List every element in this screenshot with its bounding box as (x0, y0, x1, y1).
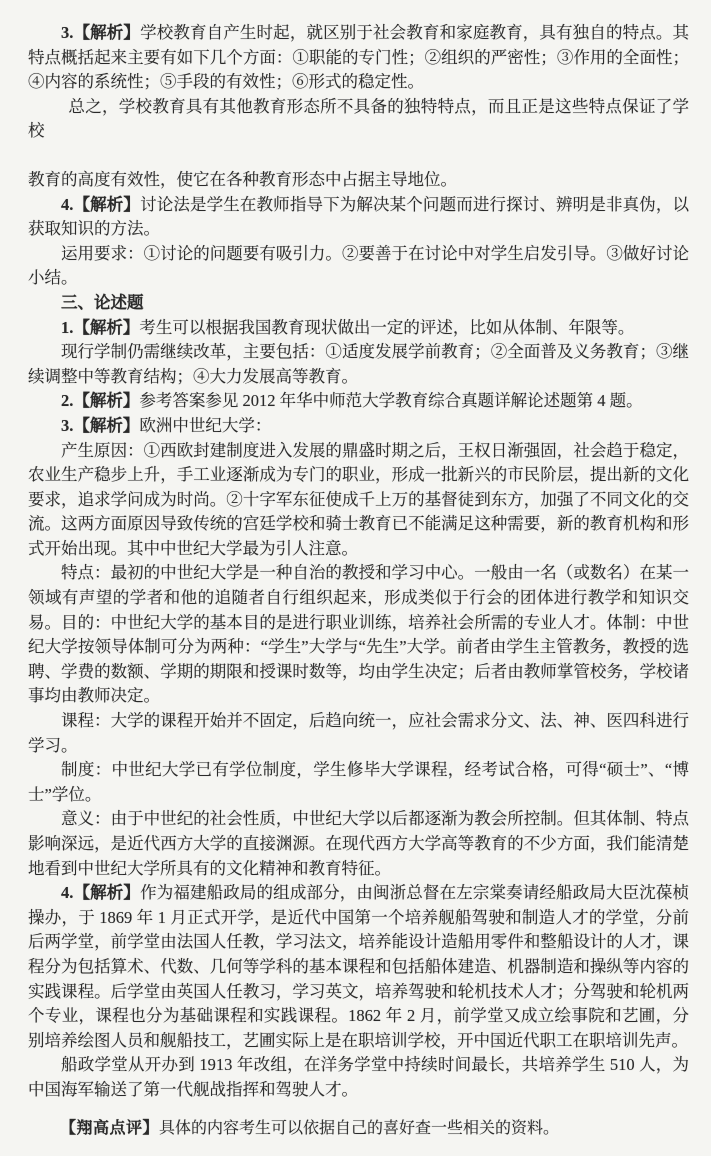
essay-analysis-2-reference: 2.【解析】参考答案参见 2012 年华中师范大学教育综合真题详解论述题第 4 … (28, 389, 689, 414)
analysis-item-3-school-education: 3.【解析】学校教育自产生时起，就区别于社会教育和家庭教育，具有独自的特点。其特… (28, 21, 689, 95)
section-heading-essay-questions: 三、论述题 (28, 291, 689, 316)
medieval-features-paragraph: 特点：最初的中世纪大学是一种自治的教授和学习中心。一般由一名（或数名）在某一领域… (28, 561, 689, 709)
summary-paragraph-part-2: 教育的高度有效性，使它在各种教育形态中占据主导地位。 (28, 168, 689, 193)
paragraph-text: 总之，学校教育具有其他教育形态所不具备的独特特点，而且正是这些特点保证了学校 (28, 97, 689, 141)
paragraph-text: 产生原因：①西欧封建制度进入发展的鼎盛时期之后，王权日渐强固，社会趋于稳定，农业… (28, 441, 689, 558)
essay-analysis-1: 1.【解析】考生可以根据我国教育现状做出一定的评述，比如从体制、年限等。 (28, 316, 689, 341)
analysis-label: 3.【解析】 (61, 23, 140, 42)
ship-academy-summary-paragraph: 船政学堂从开办到 1913 年改组，在洋务学堂中持续时间最长，共培养学生 510… (28, 1053, 689, 1102)
paragraph-text: 欧洲中世纪大学： (139, 416, 271, 435)
expert-comment-label: 【翔高点评】 (60, 1120, 159, 1137)
paragraph-text: 现行学制仍需继续改革，主要包括：①适度发展学前教育；②全面普及义务教育；③继续调… (28, 342, 689, 386)
analysis-label: 3.【解析】 (61, 416, 139, 435)
medieval-degree-paragraph: 制度：中世纪大学已有学位制度，学生修毕大学课程，经考试合格，可得“硕士”、“博士… (28, 758, 689, 807)
analysis-label: 4.【解析】 (61, 883, 140, 902)
expert-comment: 【翔高点评】具体的内容考生可以依据自己的喜好查一些相关的资料。 (28, 1117, 689, 1142)
paragraph-text: 作为福建船政局的组成部分，由闽浙总督在左宗棠奏请经船政局大臣沈葆桢操办，于 18… (28, 883, 689, 1050)
medieval-significance-paragraph: 意义：由于中世纪的社会性质，中世纪大学以后都逐渐为教会所控制。但其体制、特点影响… (28, 807, 689, 881)
paragraph-text: 特点：最初的中世纪大学是一种自治的教授和学习中心。一般由一名（或数名）在某一领域… (28, 563, 689, 705)
paragraph-text: 运用要求：①讨论的问题要有吸引力。②要善于在讨论中对学生启发引导。③做好讨论小结… (28, 244, 689, 288)
heading-text: 三、论述题 (61, 293, 144, 312)
paragraph-text: 考生可以根据我国教育现状做出一定的评述，比如从体制、年限等。 (139, 318, 634, 337)
paragraph-text: 意义：由于中世纪的社会性质，中世纪大学以后都逐渐为教会所控制。但其体制、特点影响… (28, 809, 689, 877)
paragraph-text: 船政学堂从开办到 1913 年改组，在洋务学堂中持续时间最长，共培养学生 510… (28, 1055, 689, 1099)
analysis-item-4-discussion-method: 4.【解析】讨论法是学生在教师指导下为解决某个问题而进行探讨、辨明是非真伪，以获… (28, 193, 689, 242)
essay-analysis-1-reform-points: 现行学制仍需继续改革，主要包括：①适度发展学前教育；②全面普及义务教育；③继续调… (28, 340, 689, 389)
paragraph-text: 参考答案参见 2012 年华中师范大学教育综合真题详解论述题第 4 题。 (139, 391, 642, 410)
paragraph-text: 教育的高度有效性，使它在各种教育形态中占据主导地位。 (28, 170, 457, 189)
summary-paragraph-part-1: 总之，学校教育具有其他教育形态所不具备的独特特点，而且正是这些特点保证了学校 (28, 95, 689, 144)
analysis-label: 4.【解析】 (61, 195, 140, 214)
medieval-curriculum-paragraph: 课程：大学的课程开始并不固定，后趋向统一，应社会需求分文、法、神、医四科进行学习… (28, 709, 689, 758)
paragraph-text: 课程：大学的课程开始并不固定，后趋向统一，应社会需求分文、法、神、医四科进行学习… (28, 711, 689, 755)
analysis-label: 1.【解析】 (61, 318, 139, 337)
expert-comment-text: 具体的内容考生可以依据自己的喜好查一些相关的资料。 (159, 1120, 559, 1137)
essay-analysis-3-medieval-university: 3.【解析】欧洲中世纪大学： (28, 414, 689, 439)
scanned-document-page: 3.【解析】学校教育自产生时起，就区别于社会教育和家庭教育，具有独自的特点。其特… (0, 0, 711, 1156)
analysis-label: 2.【解析】 (61, 391, 139, 410)
paragraph-text: 制度：中世纪大学已有学位制度，学生修毕大学课程，经考试合格，可得“硕士”、“博士… (28, 760, 689, 804)
usage-requirements-paragraph: 运用要求：①讨论的问题要有吸引力。②要善于在讨论中对学生启发引导。③做好讨论小结… (28, 242, 689, 291)
essay-analysis-4-ship-academy: 4.【解析】作为福建船政局的组成部分，由闽浙总督在左宗棠奏请经船政局大臣沈葆桢操… (28, 881, 689, 1053)
medieval-origin-paragraph: 产生原因：①西欧封建制度进入发展的鼎盛时期之后，王权日渐强固，社会趋于稳定，农业… (28, 439, 689, 562)
scan-gap (28, 144, 689, 168)
